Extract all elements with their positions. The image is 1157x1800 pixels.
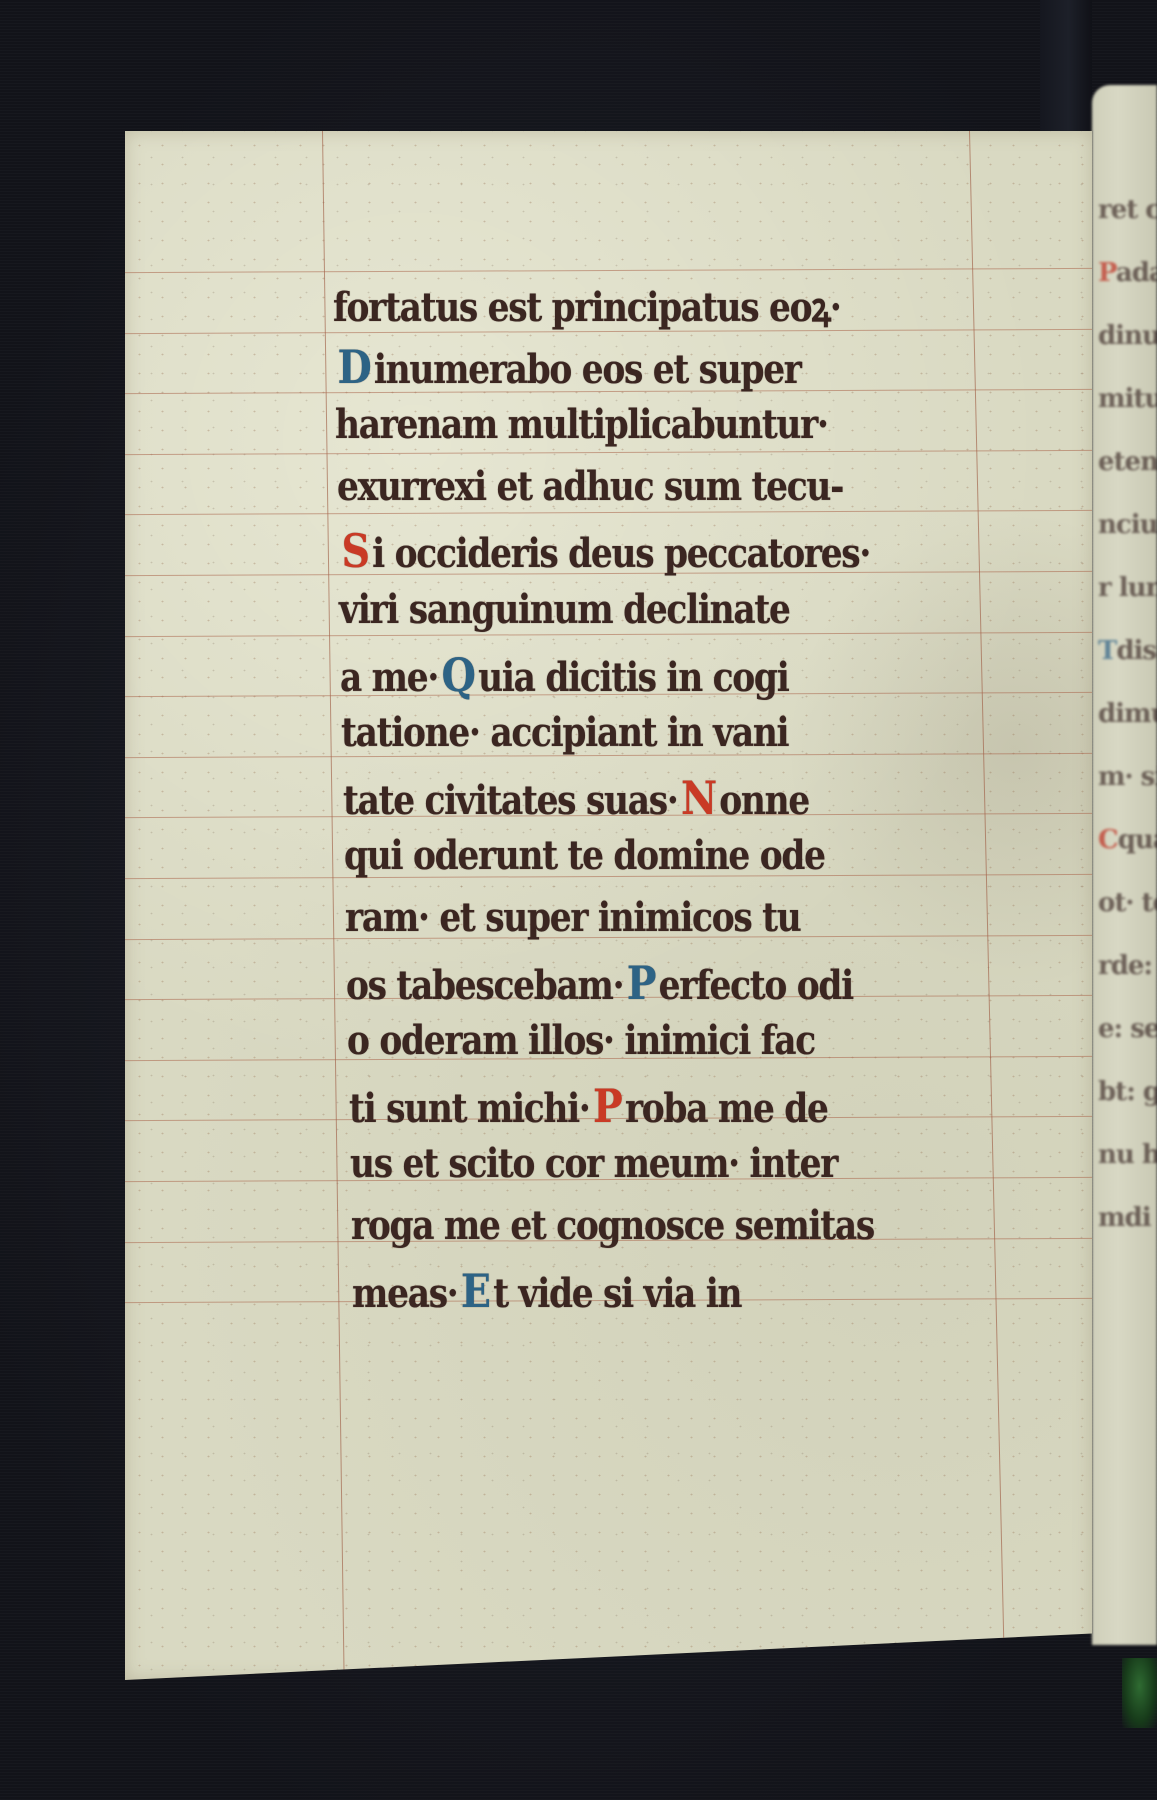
line-text: exurrexi et adhuc sum tecu-: [337, 463, 843, 510]
manuscript-line: os tabescebam·Perfecto odi: [346, 956, 853, 1017]
adjacent-initial-letter: T: [1098, 636, 1116, 666]
adjacent-page-line: ret cu: [1098, 195, 1157, 225]
manuscript-line: us et scito cor meum· inter: [350, 1140, 837, 1201]
blue-initial-letter: Q: [442, 648, 475, 702]
adjacent-page-edge: ret cuPadadinummitudietenuitnciumr lunTd…: [1092, 85, 1157, 1645]
ruled-line: [125, 268, 1092, 273]
adjacent-line-text: dis: [1116, 636, 1156, 666]
line-text: o oderam illos· inimici fac: [347, 1017, 815, 1064]
manuscript-line: ti sunt michi·Proba me de: [349, 1079, 828, 1140]
adjacent-line-text: bt: gra: [1098, 1077, 1157, 1107]
adjacent-line-text: dinum: [1098, 321, 1157, 351]
manuscript-line: a me·Quia dicitis in cogi: [340, 648, 788, 709]
adjacent-page-line: ot· tena: [1098, 888, 1157, 918]
adjacent-page-line: Pada: [1098, 258, 1157, 288]
adjacent-line-text: dimur: [1098, 699, 1157, 729]
manuscript-line: ram· et super inimicos tu: [345, 894, 800, 955]
adjacent-page-line: mitudi: [1098, 384, 1157, 414]
manuscript-line: roga me et cognosce semitas: [351, 1202, 874, 1263]
manuscript-line: meas·Et vide si via in: [352, 1264, 741, 1325]
line-text: qui oderunt te domine ode: [344, 832, 825, 879]
manuscript-line: harenam multiplicabuntur·: [335, 401, 828, 462]
red-initial-letter: N: [681, 771, 716, 825]
red-initial-letter: P: [593, 1079, 621, 1133]
adjacent-initial-letter: P: [1098, 258, 1116, 288]
line-text: us et scito cor meum· inter: [350, 1140, 837, 1187]
adjacent-page-line: etenuit: [1098, 447, 1157, 477]
adjacent-page-line: rde: au: [1098, 951, 1157, 981]
adjacent-line-text: etenuit: [1098, 447, 1157, 477]
line-text-continuation: uia dicitis in cogi: [478, 654, 788, 701]
line-text-continuation: inumerabo eos et super: [374, 346, 801, 393]
adjacent-page-line: r lun: [1098, 573, 1157, 603]
blue-initial-letter: D: [338, 340, 371, 394]
line-text: ti sunt michi·: [349, 1085, 590, 1132]
cloth-fold: [1040, 0, 1092, 132]
adjacent-page-line: ncium: [1098, 510, 1157, 540]
manuscript-line: viri sanguinum declinate: [339, 586, 790, 647]
manuscript-line: exurrexi et adhuc sum tecu-: [337, 463, 843, 524]
blue-initial-letter: P: [627, 956, 655, 1010]
adjacent-page-line: Cqua: [1098, 825, 1157, 855]
adjacent-line-text: mitudi: [1098, 384, 1157, 414]
adjacent-line-text: m· sign: [1098, 762, 1157, 792]
manuscript-leaf: fortatus est principatus eoꝝ·Dinumerabo …: [125, 131, 1092, 1680]
line-text: meas·: [352, 1270, 457, 1317]
line-text: roga me et cognosce semitas: [351, 1202, 874, 1249]
adjacent-line-text: e: semp: [1098, 1014, 1157, 1044]
adjacent-page-line: dinum: [1098, 321, 1157, 351]
adjacent-line-text: ada: [1116, 258, 1157, 288]
line-text-continuation: roba me de: [625, 1085, 828, 1132]
manuscript-line: Si occideris deus peccatores·: [338, 524, 870, 585]
adjacent-line-text: ot· tena: [1098, 888, 1157, 918]
line-text: a me·: [340, 654, 438, 701]
adjacent-line-text: ncium: [1098, 510, 1157, 540]
line-text: viri sanguinum declinate: [339, 586, 790, 633]
manuscript-line: Dinumerabo eos et super: [334, 340, 801, 401]
adjacent-page-line: dimur: [1098, 699, 1157, 729]
manuscript-line: o oderam illos· inimici fac: [347, 1017, 815, 1078]
right-margin-ruling: [969, 131, 1005, 1680]
adjacent-page-line: mdi: [1098, 1203, 1151, 1233]
manuscript-line: qui oderunt te domine ode: [344, 832, 825, 893]
line-text-continuation: erfecto odi: [659, 962, 853, 1009]
line-text: fortatus est principatus eoꝝ·: [333, 284, 841, 331]
line-text: tatione· accipiant in vani: [341, 709, 788, 756]
adjacent-page-line: m· sign: [1098, 762, 1157, 792]
adjacent-line-text: r lun: [1098, 573, 1157, 603]
adjacent-page-line: e: semp: [1098, 1014, 1157, 1044]
green-bookmark-ribbon: [1122, 1658, 1157, 1728]
manuscript-line: fortatus est principatus eoꝝ·: [333, 278, 841, 339]
line-text: harenam multiplicabuntur·: [335, 401, 828, 448]
manuscript-line: tatione· accipiant in vani: [341, 709, 788, 770]
line-text: os tabescebam·: [346, 962, 623, 1009]
adjacent-page-line: Tdis: [1098, 636, 1156, 666]
adjacent-page-line: bt: gra: [1098, 1077, 1157, 1107]
line-text-continuation: i occideris deus peccatores·: [372, 530, 870, 577]
adjacent-line-text: ret cu: [1098, 195, 1157, 225]
blue-initial-letter: E: [461, 1264, 490, 1318]
line-text-continuation: t vide si via in: [493, 1270, 741, 1317]
adjacent-line-text: nu ho: [1098, 1140, 1157, 1170]
adjacent-initial-letter: C: [1098, 825, 1118, 855]
manuscript-line: tate civitates suas·Nonne: [343, 771, 809, 832]
line-text-continuation: onne: [719, 777, 809, 824]
adjacent-line-text: mdi: [1098, 1203, 1151, 1233]
line-text: tate civitates suas·: [343, 777, 678, 824]
adjacent-line-text: qua: [1118, 825, 1157, 855]
adjacent-line-text: rde: au: [1098, 951, 1157, 981]
line-text: ram· et super inimicos tu: [345, 894, 800, 941]
red-initial-letter: S: [341, 524, 368, 578]
adjacent-page-line: nu ho: [1098, 1140, 1157, 1170]
